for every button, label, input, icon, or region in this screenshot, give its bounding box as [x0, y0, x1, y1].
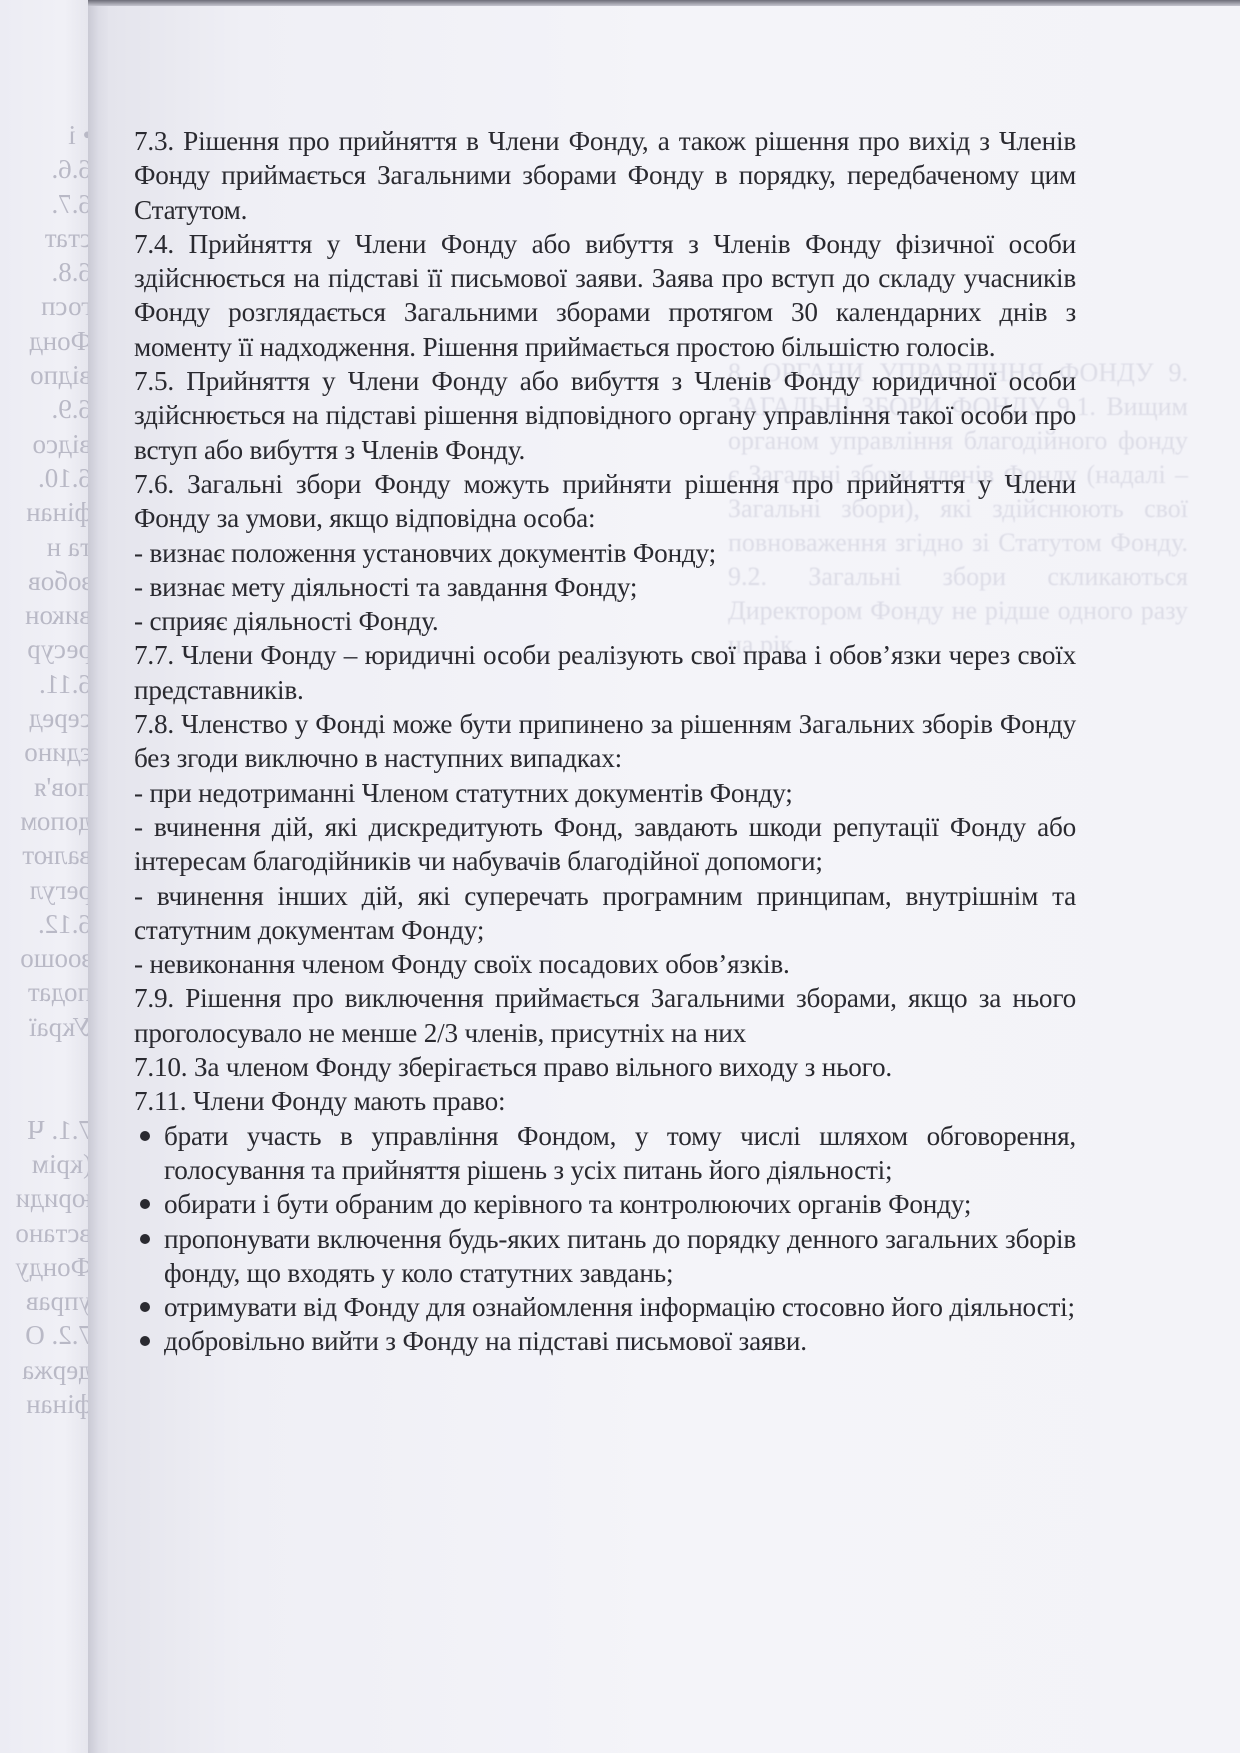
paragraph-7-9: 7.9. Рішення про виключення приймається … — [134, 981, 1076, 1050]
rights-list-item: пропонувати включення будь-яких питань д… — [134, 1222, 1076, 1291]
facing-page-fragment: 6.7. — [0, 187, 92, 221]
facing-page-fragment: єдино — [0, 735, 92, 769]
rights-item-text: пропонувати включення будь-яких питань д… — [164, 1222, 1076, 1291]
paragraph-7-7: 7.7. Члени Фонду – юридичні особи реаліз… — [134, 638, 1076, 707]
document-body: 7.3. Рішення про прийняття в Члени Фонду… — [134, 124, 1076, 1359]
facing-page-fragment: держа — [0, 1353, 92, 1387]
facing-page-fragment: подат — [0, 975, 92, 1009]
facing-page-fragment: Украї — [0, 1010, 92, 1044]
list-item-7-6-b: - визнає мету діяльності та завдання Фон… — [134, 570, 1076, 604]
bullet-icon — [140, 1131, 150, 1141]
bullet-icon — [140, 1199, 150, 1209]
facing-page-fragment: Фонд — [0, 324, 92, 358]
paragraph-7-3: 7.3. Рішення про прийняття в Члени Фонду… — [134, 124, 1076, 227]
rights-item-text: добровільно вийти з Фонду на підставі пи… — [164, 1324, 1076, 1358]
rights-item-text: брати участь в управління Фондом, у тому… — [164, 1119, 1076, 1188]
paragraph-7-4: 7.4. Прийняття у Члени Фонду або вибуття… — [134, 227, 1076, 364]
list-item-7-8-b: - вчинення дій, які дискредитують Фонд, … — [134, 810, 1076, 879]
rights-list-item: брати участь в управління Фондом, у тому… — [134, 1119, 1076, 1188]
rights-item-text: обирати і бути обраним до керівного та к… — [164, 1187, 1076, 1221]
facing-page-fragment: валют — [0, 838, 92, 872]
facing-page-fragment: госп — [0, 289, 92, 323]
facing-page-fragment: фінан — [0, 495, 92, 529]
facing-page-fragment: (крім — [0, 1147, 92, 1181]
facing-page-fragment — [0, 1044, 92, 1078]
list-item-7-8-d: - невиконання членом Фонду своїх посадов… — [134, 947, 1076, 981]
facing-page-strip: • і6.6.6.7.стат6.8.госпФондвідпо6.9.відс… — [0, 0, 92, 1753]
facing-page-fragment: фінан — [0, 1387, 92, 1421]
facing-page-fragment: Фонду — [0, 1250, 92, 1284]
facing-page-fragment: викон — [0, 598, 92, 632]
facing-page-fragment: 6.11. — [0, 667, 92, 701]
bullet-icon — [140, 1336, 150, 1346]
facing-page-fragment: управ — [0, 1284, 92, 1318]
paragraph-7-6: 7.6. Загальні збори Фонду можуть прийнят… — [134, 467, 1076, 536]
facing-page-fragment — [0, 1078, 92, 1112]
facing-page-fragment: відпо — [0, 358, 92, 392]
facing-page-fragment: 6.12. — [0, 907, 92, 941]
bullet-icon — [140, 1302, 150, 1312]
rights-list-item: добровільно вийти з Фонду на підставі пи… — [134, 1324, 1076, 1358]
facing-page-fragment: 6.10. — [0, 461, 92, 495]
facing-page-fragment: відсо — [0, 427, 92, 461]
paragraph-7-11: 7.11. Члени Фонду мають право: — [134, 1084, 1076, 1118]
paragraph-7-8: 7.8. Членство у Фонді може бути припинен… — [134, 707, 1076, 776]
facing-page-fragment: ресур — [0, 632, 92, 666]
list-item-7-8-a: - при недотриманні Членом статутних доку… — [134, 776, 1076, 810]
rights-list-item: отримувати від Фонду для ознайомлення ін… — [134, 1290, 1076, 1324]
rights-list-item: обирати і бути обраним до керівного та к… — [134, 1187, 1076, 1221]
paragraph-7-10: 7.10. За членом Фонду зберігається право… — [134, 1050, 1076, 1084]
facing-page-fragment: • і — [0, 118, 92, 152]
facing-page-fragment: пов'я — [0, 770, 92, 804]
facing-page-fragment: юриди — [0, 1181, 92, 1215]
facing-page-fragment: 6.6. — [0, 152, 92, 186]
facing-page-fragment: зобов — [0, 564, 92, 598]
list-item-7-8-c: - вчинення інших дій, які суперечать про… — [134, 879, 1076, 948]
facing-page-fragment: серед — [0, 701, 92, 735]
list-item-7-6-a: - визнає положення установчих документів… — [134, 536, 1076, 570]
facing-page-fragment: регул — [0, 873, 92, 907]
rights-item-text: отримувати від Фонду для ознайомлення ін… — [164, 1290, 1076, 1324]
facing-page-fragment: 6.8. — [0, 255, 92, 289]
facing-page-fragment: 7.1. Ч — [0, 1113, 92, 1147]
facing-page-fragment: та н — [0, 530, 92, 564]
mirrored-bleed-text: • і6.6.6.7.стат6.8.госпФондвідпо6.9.відс… — [0, 118, 92, 1421]
bullet-icon — [140, 1234, 150, 1244]
paragraph-7-5: 7.5. Прийняття у Члени Фонду або вибуття… — [134, 364, 1076, 467]
facing-page-fragment: 6.9. — [0, 392, 92, 426]
facing-page-fragment: стат — [0, 221, 92, 255]
list-item-7-6-c: - сприяє діяльності Фонду. — [134, 604, 1076, 638]
facing-page-fragment: 7.2. О — [0, 1318, 92, 1352]
facing-page-fragment: встано — [0, 1216, 92, 1250]
facing-page-fragment: зоошо — [0, 941, 92, 975]
facing-page-fragment: допом — [0, 804, 92, 838]
